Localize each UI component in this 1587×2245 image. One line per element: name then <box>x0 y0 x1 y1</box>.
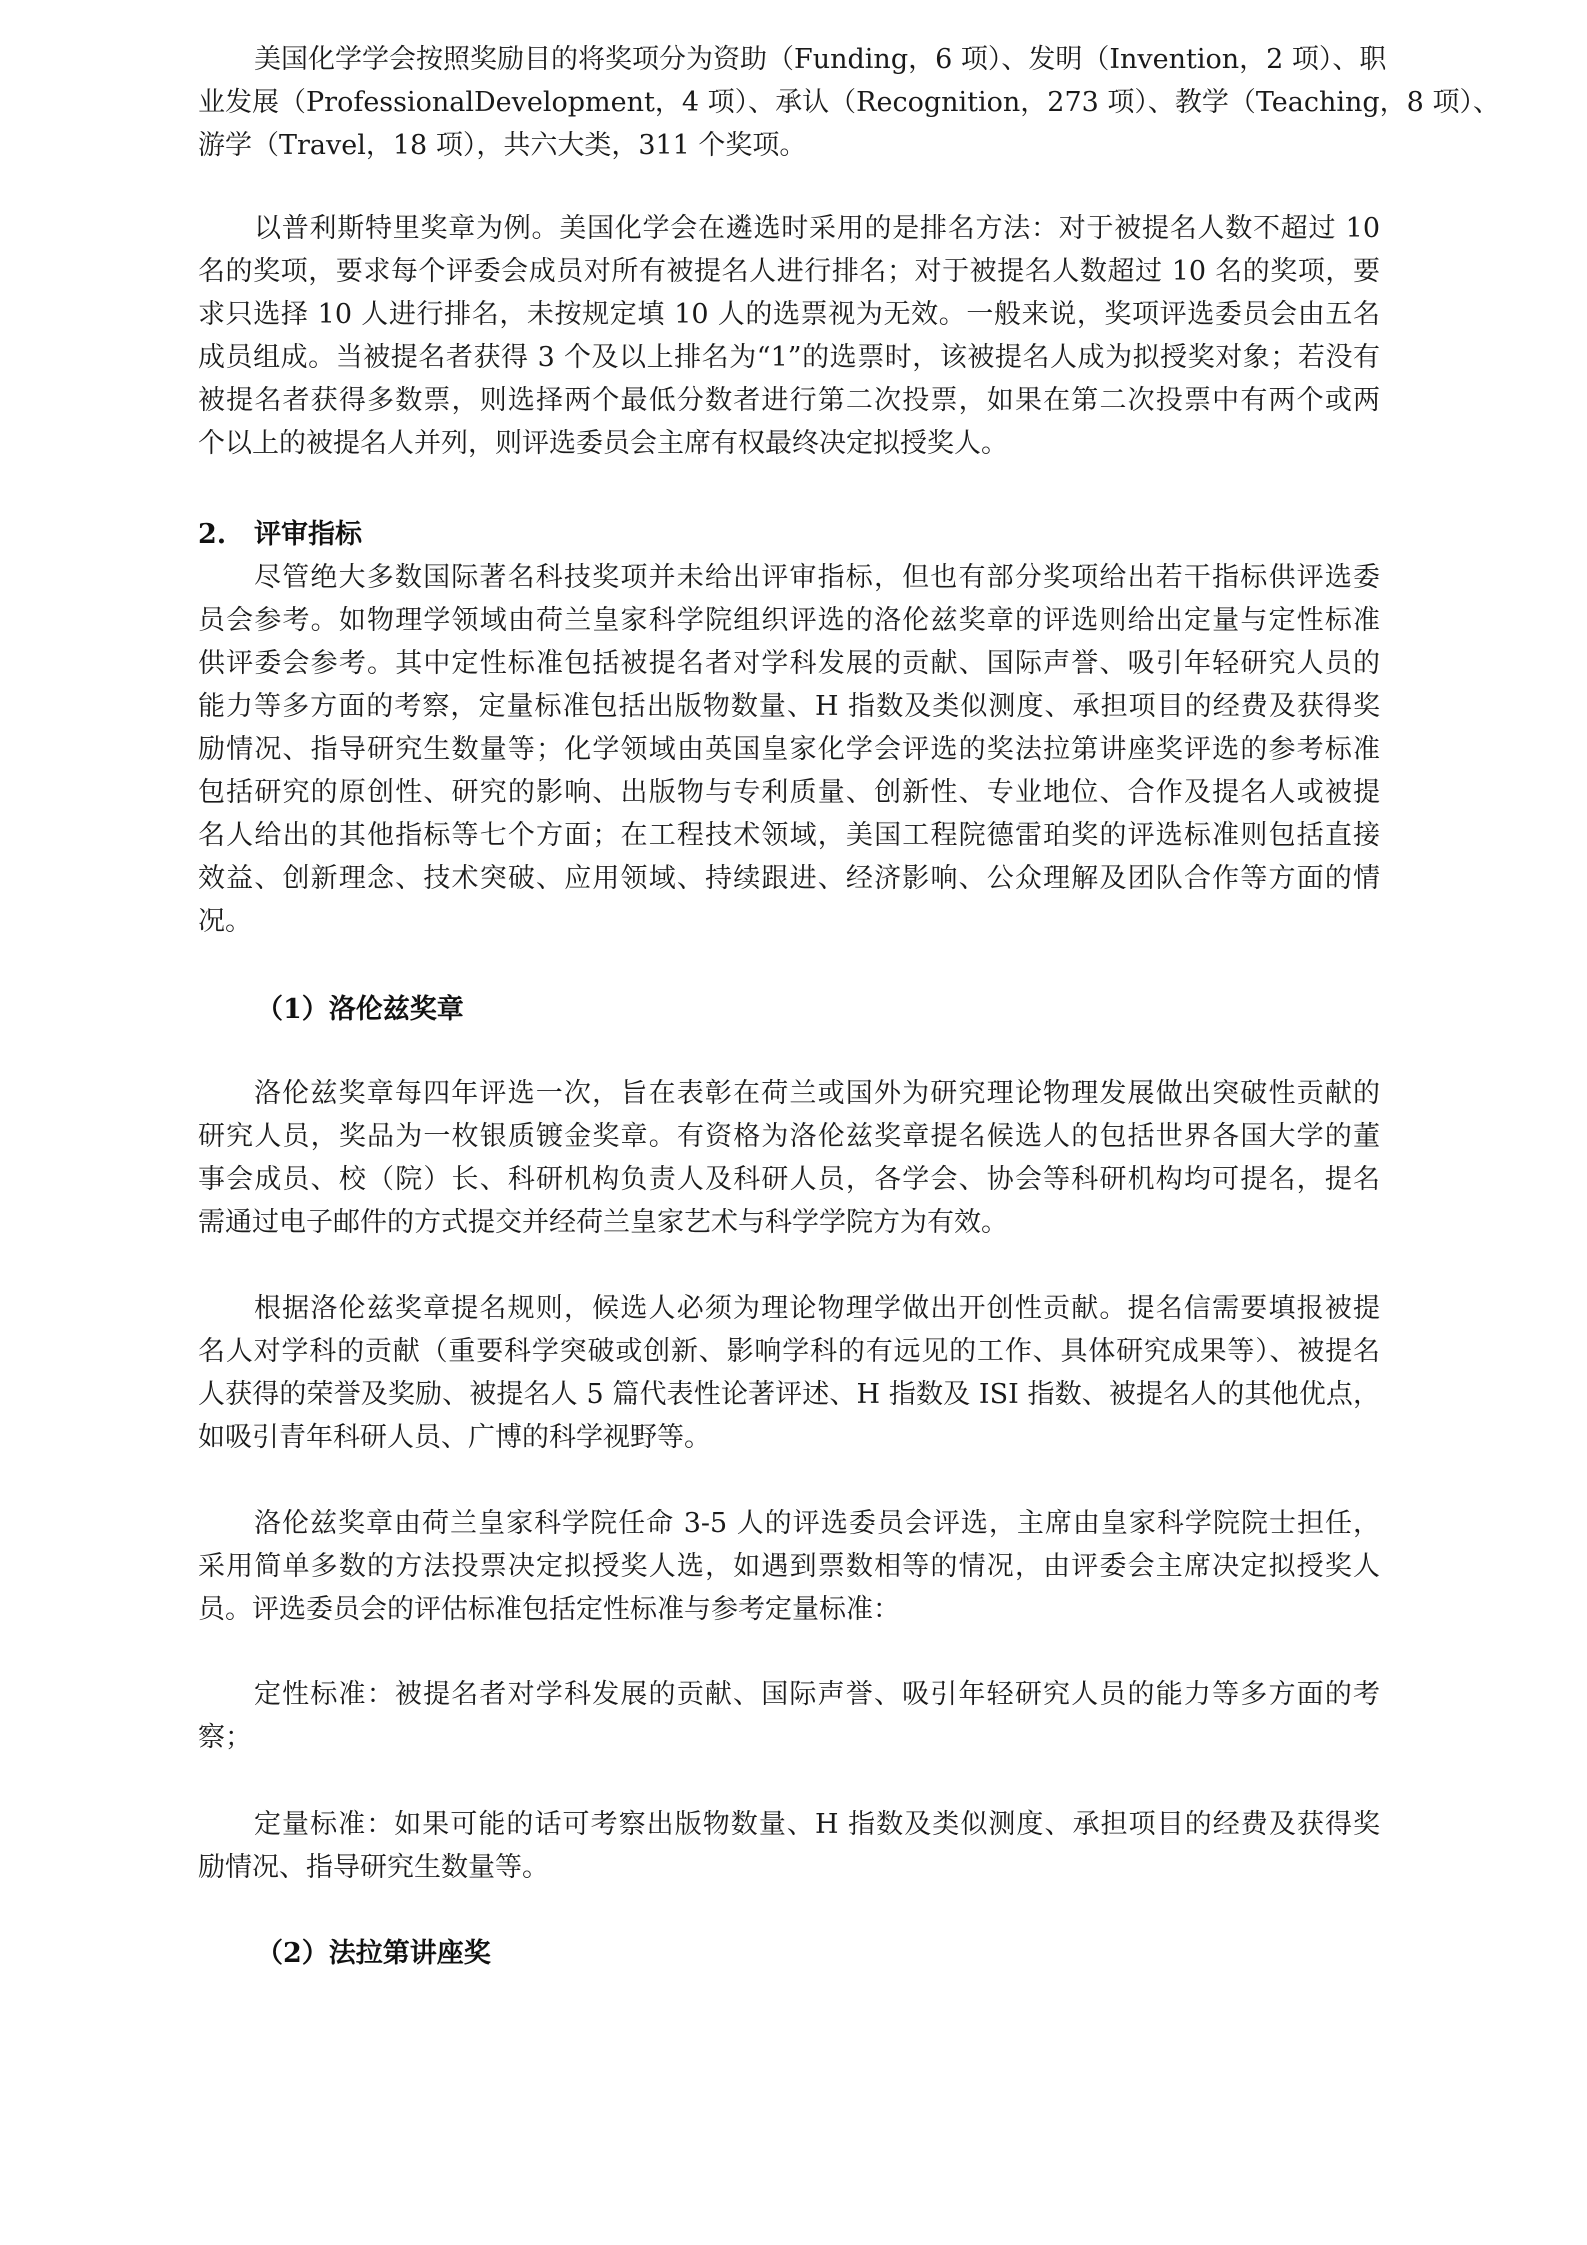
text-line: 被提名者获得多数票，则选择两个最低分数者进行第二次投票，如果在第二次投票中有两个… <box>198 379 1380 422</box>
text-line: 供评委会参考。其中定性标准包括被提名者对学科发展的贡献、国际声誉、吸引年轻研究人… <box>198 642 1380 685</box>
text-line: 定量标准：如果可能的话可考察出版物数量、H 指数及类似测度、承担项目的经费及获得… <box>254 1803 1380 1846</box>
text-line: 名的奖项，要求每个评委会成员对所有被提名人进行排名；对于被提名人数超过 10 名… <box>198 250 1380 293</box>
text-line: 洛伦兹奖章每四年评选一次，旨在表彰在荷兰或国外为研究理论物理发展做出突破性贡献的 <box>254 1072 1380 1115</box>
text-line: 洛伦兹奖章由荷兰皇家科学院任命 3-5 人的评选委员会评选，主席由皇家科学院院士… <box>254 1502 1380 1545</box>
text-line: 察； <box>198 1716 1380 1759</box>
text-line: 励情况、指导研究生数量等；化学领域由英国皇家化学会评选的奖法拉第讲座奖评选的参考… <box>198 728 1380 771</box>
text-line: 名人对学科的贡献（重要科学突破或创新、影响学科的有远见的工作、具体研究成果等）、… <box>198 1330 1380 1373</box>
text-line: 包括研究的原创性、研究的影响、出版物与专利质量、创新性、专业地位、合作及提名人或… <box>198 771 1380 814</box>
text-line: 如吸引青年科研人员、广博的科学视野等。 <box>198 1416 1380 1459</box>
text-line: 以普利斯特里奖章为例。美国化学会在遴选时采用的是排名方法：对于被提名人数不超过 … <box>254 207 1380 250</box>
subsection-heading-lorentz-medal: （1）洛伦兹奖章 <box>256 988 464 1031</box>
text-line: 业发展（ProfessionalDevelopment，4 项）、承认（Reco… <box>198 81 1380 124</box>
text-line: 能力等多方面的考察，定量标准包括出版物数量、H 指数及类似测度、承担项目的经费及… <box>198 685 1380 728</box>
text-line: 需通过电子邮件的方式提交并经荷兰皇家艺术与科学学院方为有效。 <box>198 1201 1380 1244</box>
text-line: 况。 <box>198 900 1380 943</box>
text-line: 成员组成。当被提名者获得 3 个及以上排名为“1”的选票时，该被提名人成为拟授奖… <box>198 336 1380 379</box>
text-line: 效益、创新理念、技术突破、应用领域、持续跟进、经济影响、公众理解及团队合作等方面… <box>198 857 1380 900</box>
section-heading: 2.评审指标 <box>198 513 362 556</box>
text-line: 员。评选委员会的评估标准包括定性标准与参考定量标准： <box>198 1588 1380 1631</box>
text-line: 求只选择 10 人进行排名，未按规定填 10 人的选票视为无效。一般来说，奖项评… <box>198 293 1380 336</box>
text-line: 个以上的被提名人并列，则评选委员会主席有权最终决定拟授奖人。 <box>198 422 1380 465</box>
document-page: 美国化学学会按照奖励目的将奖项分为资助（Funding，6 项）、发明（Inve… <box>0 0 1587 2245</box>
text-line: 定性标准：被提名者对学科发展的贡献、国际声誉、吸引年轻研究人员的能力等多方面的考 <box>254 1673 1380 1716</box>
text-line: 员会参考。如物理学领域由荷兰皇家科学院组织评选的洛伦兹奖章的评选则给出定量与定性… <box>198 599 1380 642</box>
text-line: 根据洛伦兹奖章提名规则，候选人必须为理论物理学做出开创性贡献。提名信需要填报被提 <box>254 1287 1380 1330</box>
section-number: 2. <box>198 513 254 556</box>
text-line: 人获得的荣誉及奖励、被提名人 5 篇代表性论著评述、H 指数及 ISI 指数、被… <box>198 1373 1380 1416</box>
text-line: 美国化学学会按照奖励目的将奖项分为资助（Funding，6 项）、发明（Inve… <box>254 38 1380 81</box>
text-line: 游学（Travel，18 项），共六大类，311 个奖项。 <box>198 124 1380 167</box>
text-line: 名人给出的其他指标等七个方面；在工程技术领域，美国工程院德雷珀奖的评选标准则包括… <box>198 814 1380 857</box>
text-line: 研究人员，奖品为一枚银质镀金奖章。有资格为洛伦兹奖章提名候选人的包括世界各国大学… <box>198 1115 1380 1158</box>
section-title: 评审指标 <box>254 519 362 550</box>
subsection-heading-faraday-lectureship: （2）法拉第讲座奖 <box>256 1932 491 1975</box>
text-line: 尽管绝大多数国际著名科技奖项并未给出评审指标，但也有部分奖项给出若干指标供评选委 <box>254 556 1380 599</box>
text-line: 励情况、指导研究生数量等。 <box>198 1846 1380 1889</box>
text-line: 采用简单多数的方法投票决定拟授奖人选，如遇到票数相等的情况，由评委会主席决定拟授… <box>198 1545 1380 1588</box>
text-line: 事会成员、校（院）长、科研机构负责人及科研人员，各学会、协会等科研机构均可提名，… <box>198 1158 1380 1201</box>
